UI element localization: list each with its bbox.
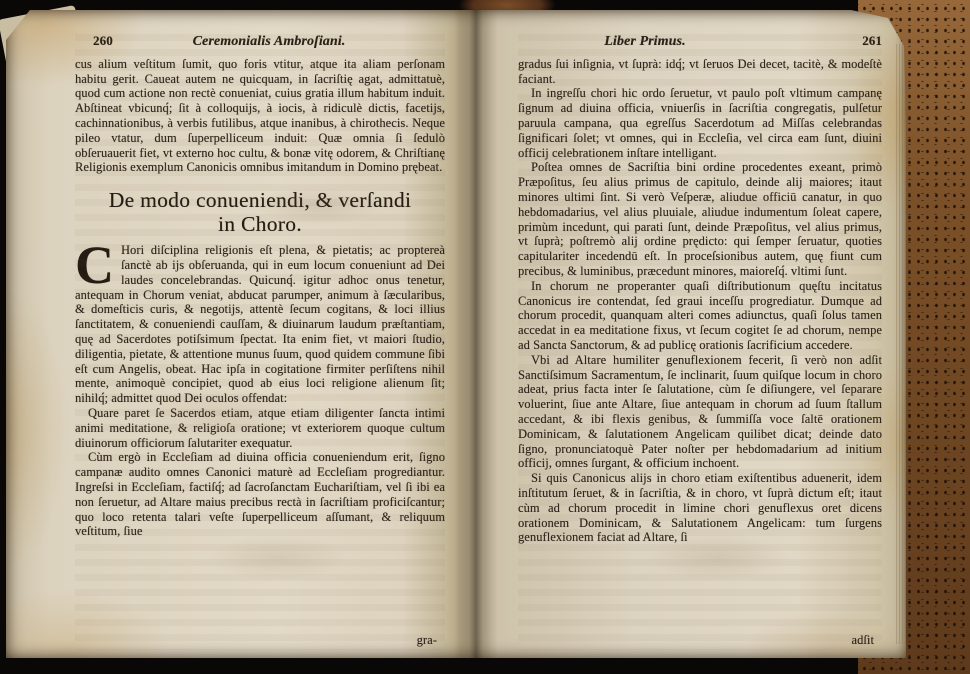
book-spread: 260 Ceremonialis Ambroſiani. cus alium v…: [6, 10, 906, 658]
body-paragraph: In ingreſſu chori hic ordo ſeruetur, vt …: [518, 86, 882, 160]
running-header-left: 260 Ceremonialis Ambroſiani.: [75, 34, 445, 50]
section-heading-line2: in Choro.: [218, 212, 302, 236]
drop-cap-paragraph-text: Hori diſciplina religionis eſt plena, & …: [75, 243, 445, 405]
running-header-right: Liber Primus. 261: [518, 34, 882, 50]
catchword-left: gra-: [417, 633, 437, 648]
body-paragraph: gradus ſui inſignia, vt ſuprà: idq́; vt …: [518, 57, 882, 87]
page-fore-edge: [896, 44, 906, 644]
page-number-left: 260: [75, 34, 149, 49]
body-paragraph: Quare paret ſe Sacerdos etiam, atque eti…: [75, 406, 445, 450]
body-paragraph: Poſtea omnes de Sacriſtia bini ordine pr…: [518, 160, 882, 278]
running-title-right: Liber Primus.: [519, 35, 771, 50]
page-number-right: 261: [826, 34, 882, 49]
running-title-left: Ceremonialis Ambroſiani.: [149, 35, 389, 50]
section-heading-line1: De modo conueniendi, & verſandi: [109, 188, 411, 212]
page-right: Liber Primus. 261 gradus ſui inſignia, v…: [518, 34, 882, 650]
drop-cap-initial: C: [75, 243, 121, 287]
page-left: 260 Ceremonialis Ambroſiani. cus alium v…: [75, 34, 445, 650]
catchword-right: adſit: [851, 633, 874, 648]
body-paragraph: Si quis Canonicus alijs in choro etiam e…: [518, 471, 882, 545]
body-paragraph: CHori diſciplina religionis eſt plena, &…: [75, 243, 445, 406]
body-paragraph: cus alium veſtitum ſumit, quo foris vtit…: [75, 57, 445, 175]
section-heading: De modo conueniendi, & verſandi in Choro…: [75, 188, 445, 236]
body-paragraph: Vbi ad Altare humiliter genuflexionem fe…: [518, 353, 882, 471]
gutter-shadow: [454, 10, 498, 658]
body-paragraph: Cùm ergò in Eccleſiam ad diuina officia …: [75, 450, 445, 539]
body-paragraph: In chorum ne properanter quaſi diſtribut…: [518, 279, 882, 353]
